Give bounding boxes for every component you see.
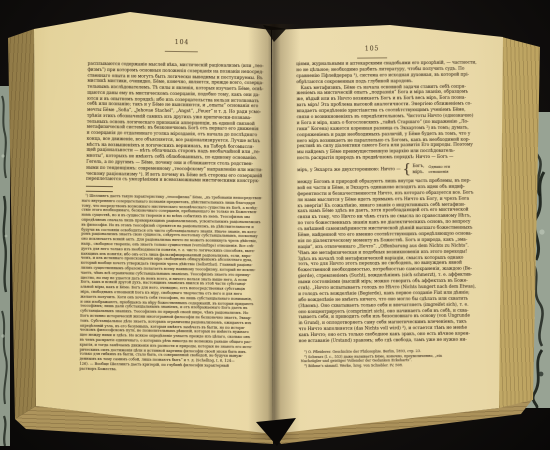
footnote-separator-rule: [86, 186, 113, 187]
left-page-footnote-text: ¹) Шеллингъ даетъ такую характеристику „…: [79, 194, 266, 374]
left-page-content: 104 расплываются содержаніе мыслей вѣка,…: [79, 38, 270, 391]
right-page-body-text-lower: между Богомъ и природой образуютъ лишь в…: [297, 179, 484, 346]
formula-branch-bottom: міръ.: [412, 170, 424, 175]
formula-post-note: Однако эти отношенія: [428, 165, 450, 174]
right-page-number: 105: [352, 45, 392, 52]
formula-branch-stack: Богъ, міръ.: [412, 164, 424, 175]
right-page-footnote-text: ¹) O. Pfleiderer. Geschichte der Philoso…: [301, 349, 483, 369]
dichotomy-formula: міръ, у Экхарта же двухстороннюю: Ничто …: [297, 161, 483, 180]
right-page-body-text-upper: ціями, журнальными и аптекарскими снадоб…: [296, 61, 483, 163]
brace-glyph: {: [403, 163, 411, 176]
footnote-separator-rule: [86, 190, 113, 191]
left-page-body-text: расплываются содержаніе мыслей вѣка, мис…: [86, 62, 264, 186]
left-page-number-rule: [165, 51, 198, 52]
marble-backdrop-left: [0, 86, 10, 446]
left-page-number: 104: [160, 39, 204, 47]
right-page-content: 105 ціями, журнальными и аптекарскими сн…: [294, 42, 489, 384]
formula-pre-text: міръ, у Экхарта же двухстороннюю: Ничто …: [297, 167, 401, 173]
marble-backdrop-right: [526, 112, 550, 408]
right-page-number-rule: [357, 57, 387, 58]
photo-of-open-book: 104 расплываются содержаніе мыслей вѣка,…: [0, 0, 550, 450]
